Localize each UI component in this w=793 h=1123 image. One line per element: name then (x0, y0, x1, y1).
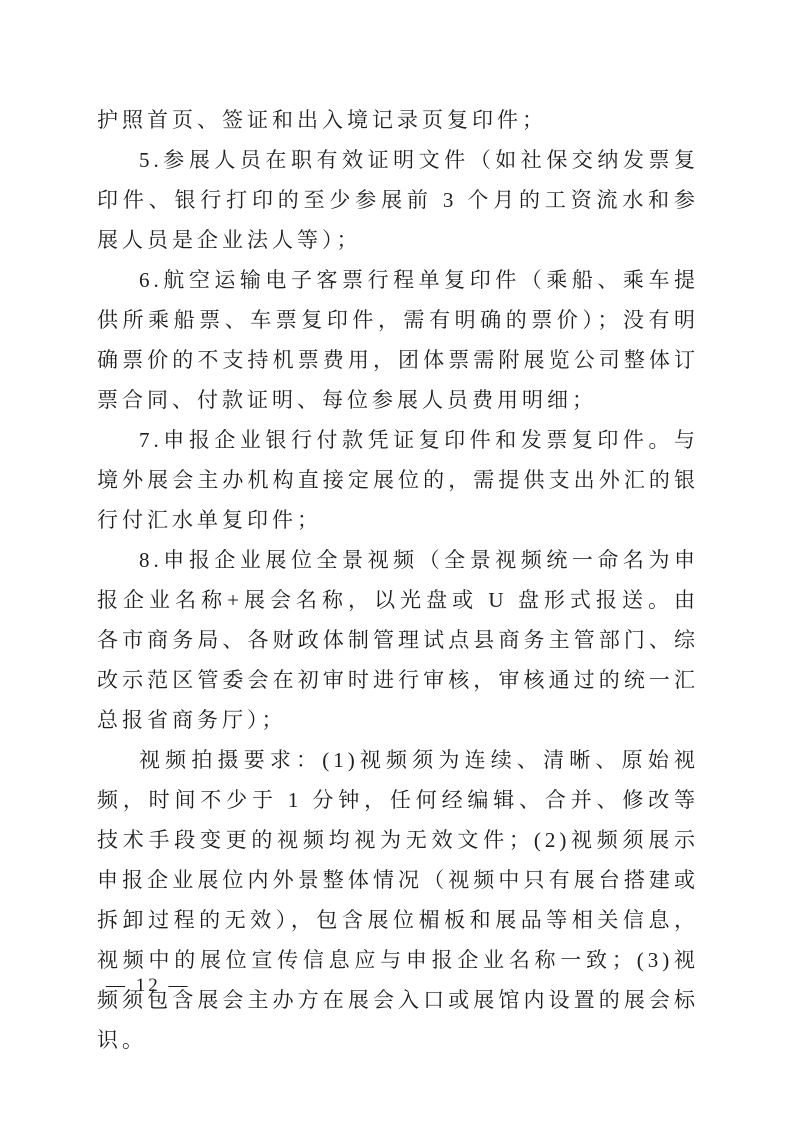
document-page: 护照首页、签证和出入境记录页复印件；5.参展人员在职有效证明文件（如社保交纳发票… (0, 0, 793, 1123)
paragraph: 8.申报企业展位全景视频（全景视频统一命名为申报企业名称+展会名称，以光盘或 U… (97, 540, 699, 740)
paragraph: 5.参展人员在职有效证明文件（如社保交纳发票复印件、银行打印的至少参展前 3 个… (97, 140, 699, 260)
paragraph: 7.申报企业银行付款凭证复印件和发票复印件。与境外展会主办机构直接定展位的，需提… (97, 420, 699, 540)
paragraph: 视频拍摄要求：(1)视频须为连续、清晰、原始视频，时间不少于 1 分钟，任何经编… (97, 740, 699, 1060)
page-number: — 12 — (106, 973, 191, 999)
paragraph: 6.航空运输电子客票行程单复印件（乘船、乘车提供所乘船票、车票复印件，需有明确的… (97, 260, 699, 420)
document-body: 护照首页、签证和出入境记录页复印件；5.参展人员在职有效证明文件（如社保交纳发票… (97, 100, 699, 1060)
paragraph: 护照首页、签证和出入境记录页复印件； (97, 100, 699, 140)
